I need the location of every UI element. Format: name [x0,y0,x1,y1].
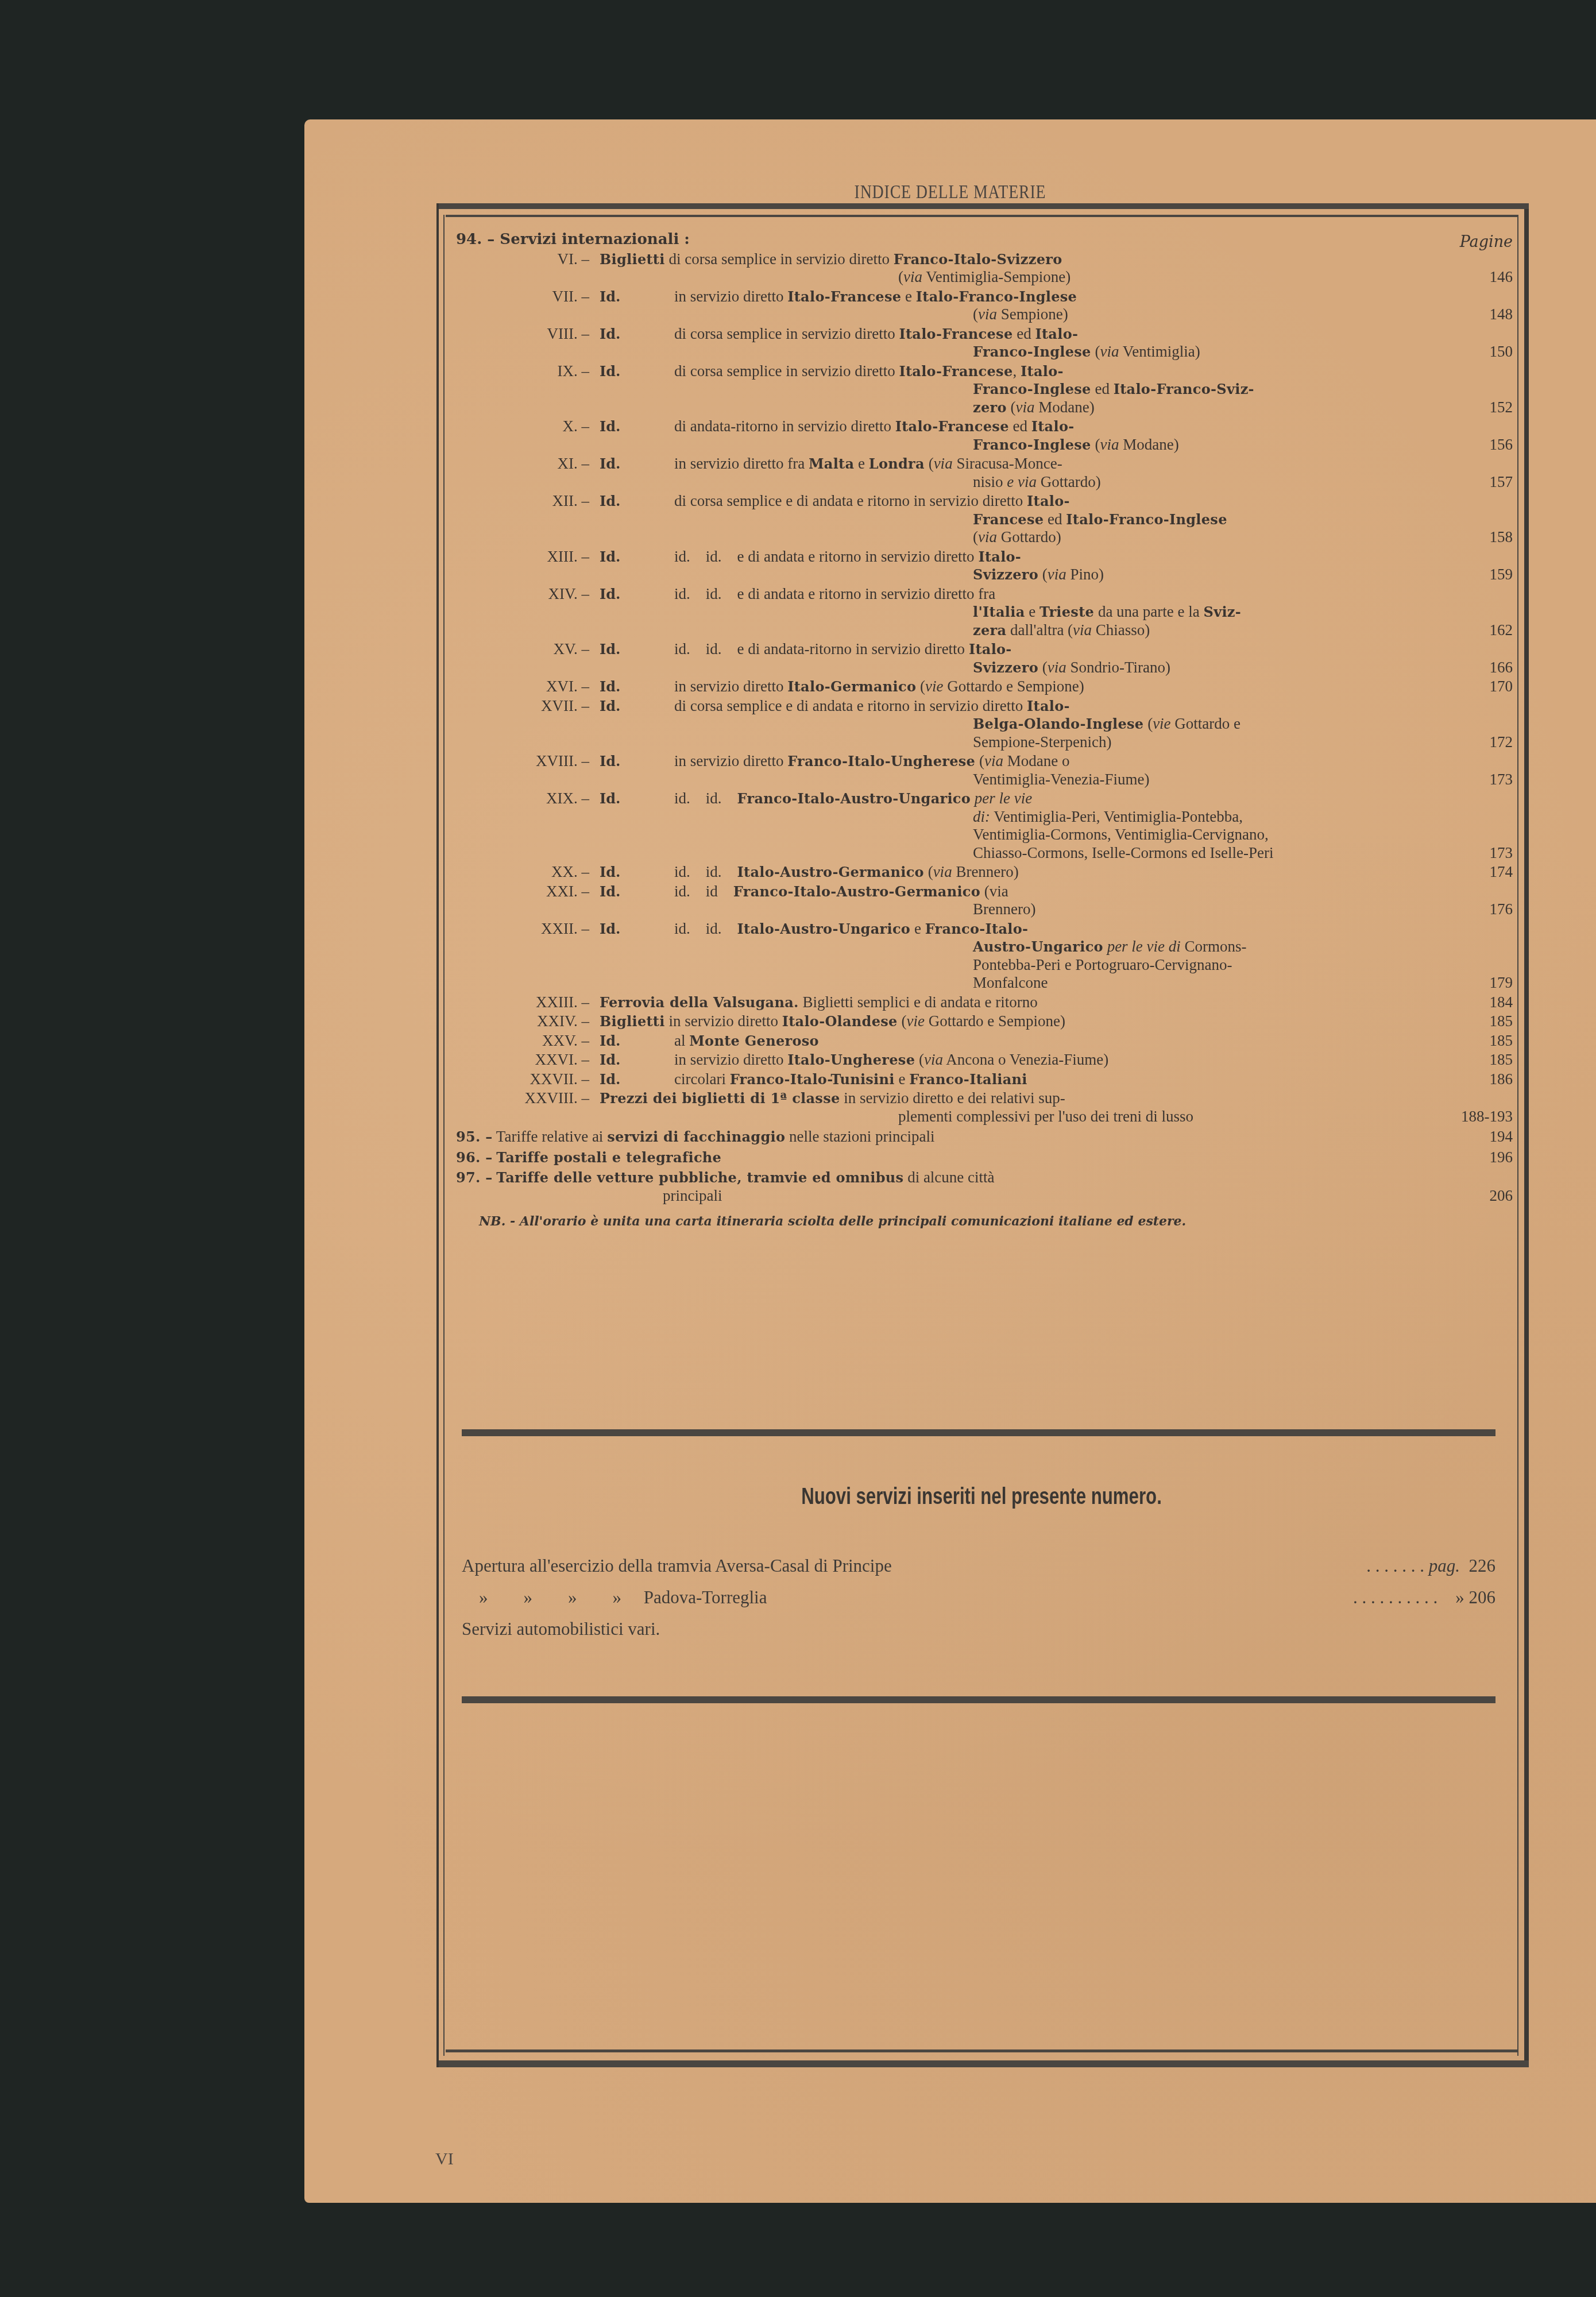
page-ref: 185 [1455,1051,1513,1069]
entry-text: id. id. Italo-Austro-Germanico (via Bren… [674,863,1019,880]
entry-continuation: Pontebba-Peri e Portogruaro-Cervignano- [674,956,1455,975]
section-number: 96. – [456,1149,493,1166]
toc-entry: XXVIII. –Prezzi dei biglietti di 1ª clas… [456,1089,1513,1126]
section-title: Tariffe delle vetture pubbliche, tramvie… [496,1169,903,1186]
new-service-item: Servizi automobilistici vari. [462,1619,1495,1639]
entry-continuation: Chiasso-Cormons, Iselle-Cormons ed Isell… [674,844,1455,863]
entry-continuation: Svizzero (via Pino) [674,566,1455,584]
entry-continuation: (via Ventimiglia-Sempione) [600,268,1455,287]
document-page: INDICE DELLE MATERIE 94. – Servizi inter… [304,119,1596,2203]
entry-text: id. id. e di andata e ritorno in servizi… [674,585,995,602]
page-ref: 166 [1455,659,1513,677]
toc-entry: XII. –Id.di corsa semplice e di andata e… [456,492,1513,547]
entry-continuation: (via Gottardo) [674,528,1455,547]
entry-number: XXI. – [456,883,600,919]
entry-id: Id. [600,417,674,454]
page-ref: 194 [1455,1128,1513,1146]
entry-id: Id. [600,288,674,324]
leader-dots: . . . . . . . [1366,1556,1424,1576]
toc-entry: XIV. –Id.id. id. e di andata e ritorno i… [456,585,1513,640]
entry-text: in servizio diretto Italo-Francese e Ita… [674,288,1077,305]
entry-number: XII. – [456,492,600,547]
entry-continuation: Svizzero (via Sondrio-Tirano) [674,659,1455,677]
entry-id: Ferrovia della Valsugana. [600,994,799,1011]
page-ref: 174 [1455,863,1513,881]
entry-number: XXVI. – [456,1051,600,1069]
toc-entry: IX. –Id.di corsa semplice in servizio di… [456,362,1513,417]
frame-inner-left [443,215,445,2056]
entry-id: Id. [600,697,674,752]
entry-continuation: l'Italia e Trieste da una parte e la Svi… [674,603,1455,621]
page-ref: 158 [1455,528,1513,547]
new-service-text: » » » » Padova-Torreglia [462,1587,767,1607]
entry-id: Biglietti [600,1013,665,1030]
entry-continuation: Austro-Ungarico per le vie di Cormons- [674,938,1455,956]
note: NB. - All'orario è unita una carta itine… [456,1213,1513,1231]
entry-id: Prezzi dei biglietti di 1ª classe [600,1090,840,1107]
page-ref: 179 [1455,974,1513,992]
entry-text: in servizio diretto Italo-Ungherese (via… [674,1051,1108,1068]
page-ref: 148 [1455,306,1513,324]
entry-number: XXV. – [456,1032,600,1050]
toc-entry: XVII. –Id.di corsa semplice e di andata … [456,697,1513,752]
toc-entry: VI. –Biglietti di corsa semplice in serv… [456,250,1513,287]
new-service-item: » » » » Padova-Torreglia . . . . . . . .… [462,1587,1495,1608]
entry-id: Id. [600,790,674,862]
entry-text: id. id. e di andata e ritorno in servizi… [674,548,1021,565]
entry-id: Id. [600,863,674,881]
page-ref: 196 [1455,1148,1513,1167]
entries-list: VI. –Biglietti di corsa semplice in serv… [456,250,1513,1126]
entry-number: VI. – [456,250,600,287]
toc-entry: XVIII. –Id.in servizio diretto Franco-It… [456,752,1513,788]
pages-column-label: Pagine [1460,233,1513,252]
toc-entry: XXVI. –Id.in servizio diretto Italo-Ungh… [456,1051,1513,1069]
entry-number: XVII. – [456,697,600,752]
page-ref: 186 [1455,1070,1513,1089]
toc-section: 96. – Tariffe postali e telegrafiche196 [456,1148,1513,1167]
entry-text: id. id. e di andata-ritorno in servizio … [674,640,1012,658]
entry-text: Biglietti semplici e di andata e ritorno [802,993,1037,1011]
entry-text: in servizio diretto Franco-Italo-Unghere… [674,752,1069,769]
entry-id: Id. [600,640,674,676]
entry-text: in servizio diretto e dei relativi sup- [844,1089,1065,1107]
entry-continuation: Franco-Inglese ed Italo-Franco-Sviz- [674,380,1455,399]
section-title: Servizi internazionali : [500,231,690,248]
entry-continuation: Ventimiglia-Venezia-Fiume) [674,771,1455,789]
toc-entry: XIII. –Id.id. id. e di andata e ritorno … [456,548,1513,584]
toc-section: 95. – Tariffe relative ai servizi di fac… [456,1128,1513,1146]
new-service-text: Servizi automobilistici vari. [462,1619,660,1639]
toc-entry: VII. –Id.in servizio diretto Italo-Franc… [456,288,1513,324]
toc-entry: XXI. –Id.id. id Franco-Italo-Austro-Germ… [456,883,1513,919]
entry-text: in servizio diretto Italo-Olandese (vie … [668,1012,1065,1030]
page-number: VI [435,2149,454,2169]
entry-text: di corsa semplice in servizio diretto It… [674,362,1064,380]
index-frame: 94. – Servizi internazionali : Pagine VI… [436,203,1529,2067]
entry-id: Id. [600,325,674,361]
toc-entry: XXVII. –Id.circolari Franco-Italo-Tunisi… [456,1070,1513,1089]
entry-id: Id. [600,492,674,547]
entry-text: di corsa semplice in servizio diretto It… [674,325,1078,342]
frame-rule-bottom [439,2060,1529,2067]
entry-text: di corsa semplice e di andata e ritorno … [674,697,1070,714]
entry-id: Id. [600,455,674,491]
entry-number: X. – [456,417,600,454]
frame-rule-top-inner [446,215,1517,217]
entry-number: VII. – [456,288,600,324]
entry-id: Id. [600,362,674,417]
entry-text: id. id. Franco-Italo-Austro-Ungarico per… [674,790,1032,807]
toc-entry: XVI. –Id.in servizio diretto Italo-Germa… [456,678,1513,696]
section-number: 97. – [456,1169,493,1186]
entry-id: Id. [600,1070,674,1089]
entry-continuation: zera dall'altra (via Chiasso) [674,621,1455,640]
entry-number: VIII. – [456,325,600,361]
toc-entry: XXIV. –Biglietti in servizio diretto Ita… [456,1012,1513,1031]
entry-continuation: Francese ed Italo-Franco-Inglese [674,511,1455,529]
entry-continuation: Franco-Inglese (via Ventimiglia) [674,343,1455,361]
toc-entry: X. –Id.di andata-ritorno in servizio dir… [456,417,1513,454]
entry-continuation: Franco-Inglese (via Modane) [674,436,1455,454]
running-title: INDICE DELLE MATERIE [420,181,1479,203]
entry-id: Id. [600,1051,674,1069]
table-of-contents: 94. – Servizi internazionali : Pagine VI… [456,231,1513,1231]
entry-text: in servizio diretto Italo-Germanico (vie… [674,678,1084,695]
entry-text: di corsa semplice in servizio diretto Fr… [668,250,1062,268]
entry-continuation: Belga-Olando-Inglese (vie Gottardo e [674,715,1455,733]
page-ref: 170 [1455,678,1513,696]
entry-continuation: di: Ventimiglia-Peri, Ventimiglia-Ponteb… [674,808,1455,826]
section-title: Tariffe postali e telegrafiche [496,1149,721,1166]
toc-entry: VIII. –Id.di corsa semplice in servizio … [456,325,1513,361]
page-ref: 146 [1455,268,1513,287]
toc-entry: XIX. –Id.id. id. Franco-Italo-Austro-Ung… [456,790,1513,862]
entry-number: XVI. – [456,678,600,696]
page-ref: 152 [1455,399,1513,417]
entry-text: di corsa semplice e di andata e ritorno … [674,492,1070,509]
entry-number: XX. – [456,863,600,881]
entry-text: di andata-ritorno in servizio diretto It… [674,417,1074,435]
toc-entry: XI. –Id.in servizio diretto fra Malta e … [456,455,1513,491]
entry-number: XXIV. – [456,1012,600,1031]
section-number: 95. – [456,1128,493,1145]
page-ref: 172 [1455,733,1513,752]
frame-rule-bottom-inner [446,2049,1517,2052]
leader-dots: . . . . . . . . . . [1353,1587,1437,1607]
entry-text: al Monte Generoso [674,1032,819,1049]
page-label: » [1455,1587,1464,1607]
entry-text: circolari Franco-Italo-Tunisini e Franco… [674,1070,1027,1088]
entry-continuation: Sempione-Sterpenich) [674,733,1455,752]
page-ref: 185 [1455,1032,1513,1050]
entry-id: Id. [600,585,674,640]
page-ref: 173 [1455,771,1513,789]
toc-entry: XXII. –Id.id. id. Italo-Austro-Ungarico … [456,920,1513,992]
page-ref: 156 [1455,436,1513,454]
entry-continuation: (via Sempione) [674,306,1455,324]
entry-continuation: nisio e via Gottardo) [674,473,1455,492]
new-services-title: Nuovi servizi inseriti nel presente nume… [558,1484,1405,1510]
page-ref: 173 [1455,844,1513,863]
page-ref: 162 [1455,621,1513,640]
section-94-heading: 94. – Servizi internazionali : Pagine [456,231,1513,249]
frame-rule-top [439,203,1529,209]
section-divider-bottom [462,1696,1495,1703]
entry-continuation: Brennero) [674,900,1455,919]
page-label: pag. [1429,1556,1460,1576]
entry-text: id. id Franco-Italo-Austro-Germanico (vi… [674,883,1008,900]
entry-id: Id. [600,752,674,788]
toc-entry: XV. –Id.id. id. e di andata-ritorno in s… [456,640,1513,676]
toc-entry: XXV. –Id.al Monte Generoso185 [456,1032,1513,1050]
entry-number: XIII. – [456,548,600,584]
entry-number: XVIII. – [456,752,600,788]
other-sections-list: 95. – Tariffe relative ai servizi di fac… [456,1128,1513,1205]
entry-continuation: zero (via Modane) [674,399,1455,417]
entry-continuation: Monfalcone [674,974,1455,992]
entry-number: XIV. – [456,585,600,640]
section-title: servizi di facchinaggio [607,1128,785,1145]
entry-number: XI. – [456,455,600,491]
entry-text: in servizio diretto fra Malta e Londra (… [674,455,1062,472]
page-ref: 184 [1455,993,1513,1012]
entry-number: XV. – [456,640,600,676]
entry-text: id. id. Italo-Austro-Ungarico e Franco-I… [674,920,1028,937]
entry-number: IX. – [456,362,600,417]
entry-continuation: plementi complessivi per l'uso dei treni… [600,1108,1455,1126]
entry-number: XXII. – [456,920,600,992]
entry-number: XXIII. – [456,993,600,1012]
entry-id: Id. [600,883,674,919]
entry-number: XXVII. – [456,1070,600,1089]
page-ref: 150 [1455,343,1513,361]
page-ref: 176 [1455,900,1513,919]
page-ref: 159 [1455,566,1513,584]
section-divider-top [462,1429,1495,1436]
entry-number: XXVIII. – [456,1089,600,1126]
entry-id: Id. [600,1032,674,1050]
page-ref: 185 [1455,1012,1513,1031]
page-ref: 188-193 [1455,1108,1513,1126]
page-ref: 206 [1455,1187,1513,1205]
new-service-item: Apertura all'esercizio della tramvia Ave… [462,1556,1495,1576]
toc-entry: XX. –Id.id. id. Italo-Austro-Germanico (… [456,863,1513,881]
entry-id: Id. [600,548,674,584]
page-ref: 206 [1469,1587,1496,1607]
entry-id: Id. [600,678,674,696]
entry-number: XIX. – [456,790,600,862]
frame-inner-right [1517,215,1518,2056]
entry-id: Biglietti [600,251,665,268]
new-service-text: Apertura all'esercizio della tramvia Ave… [462,1556,892,1576]
entry-continuation: Ventimiglia-Cormons, Ventimiglia-Cervign… [674,826,1455,844]
page-ref: 226 [1469,1556,1496,1576]
page-ref: 157 [1455,473,1513,492]
entry-id: Id. [600,920,674,992]
section-number: 94. [456,231,482,248]
toc-entry: XXIII. –Ferrovia della Valsugana. Biglie… [456,993,1513,1012]
toc-section: 97. – Tariffe delle vetture pubbliche, t… [456,1169,1513,1205]
